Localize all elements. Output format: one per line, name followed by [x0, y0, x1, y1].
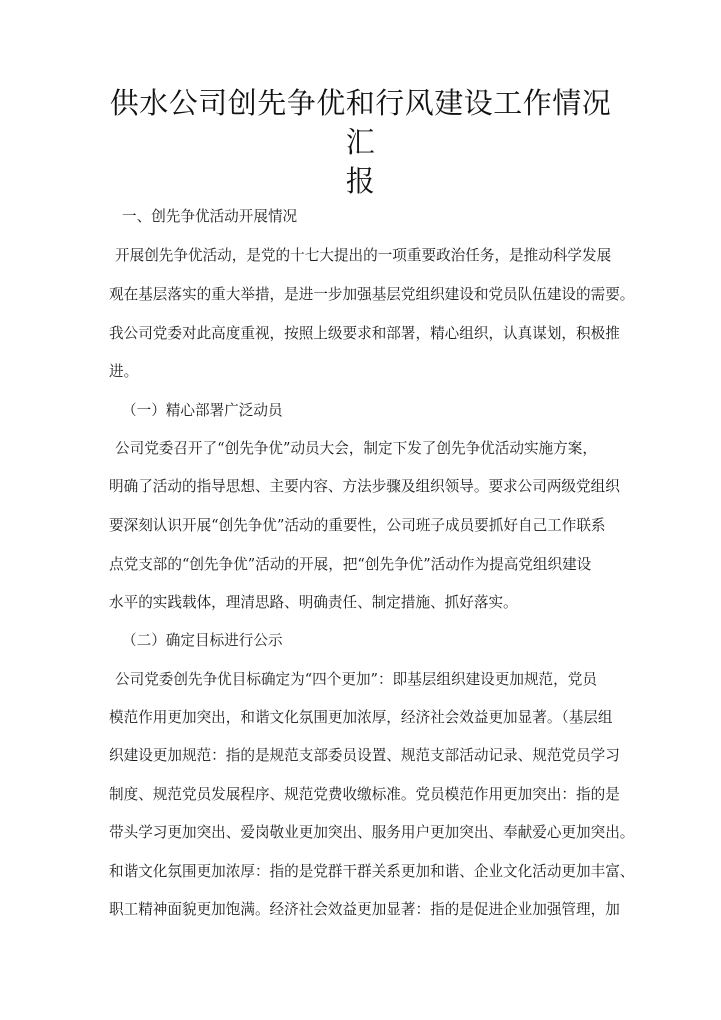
paragraph-line: 进。	[109, 362, 138, 382]
paragraph-line: 带头学习更加突出、爱岗敬业更加突出、服务用户更加突出、奉献爱心更加突出。	[109, 823, 634, 843]
subsection-heading-1: （一）精心部署广泛动员	[122, 401, 283, 421]
paragraph-line: 织建设更加规范：指的是规范支部委员设置、规范支部活动记录、规范党员学习	[109, 746, 620, 766]
paragraph-line: 点党支部的“创先争优”活动的开展，把“创先争优”活动作为提高党组织建设	[109, 555, 591, 575]
paragraph-line: 开展创先争优活动，是党的十七大提出的一项重要政治任务，是推动科学发展	[115, 246, 611, 266]
document-page: 供水公司创先争优和行风建设工作情况汇 报 一、创先争优活动开展情况 开展创先争优…	[0, 0, 721, 1020]
section-heading-1: 一、创先争优活动开展情况	[122, 207, 297, 227]
title-line-1: 供水公司创先争优和行风建设工作情况汇	[100, 84, 621, 162]
paragraph-line: 公司党委创先争优目标确定为“四个更加”：即基层组织建设更加规范，党员	[115, 670, 597, 690]
paragraph-line: 明确了活动的指导思想、主要内容、方法步骤及组织领导。要求公司两级党组织	[109, 477, 620, 497]
paragraph-line: 制度、规范党员发展程序、规范党费收缴标准。党员模范作用更加突出：指的是	[109, 785, 620, 805]
subsection-heading-2: （二）确定目标进行公示	[122, 631, 283, 651]
title-line-2: 报	[100, 162, 621, 201]
paragraph-line: 和谐文化氛围更加浓厚：指的是党群干群关系更加和谐、企业文化活动更加丰富、	[109, 862, 634, 882]
paragraph-line: 模范作用更加突出，和谐文化氛围更加浓厚，经济社会效益更加显著。（基层组	[109, 708, 613, 728]
paragraph-line: 水平的实践载体，理清思路、明确责任、制定措施、抓好落实。	[109, 593, 518, 613]
document-title: 供水公司创先争优和行风建设工作情况汇 报	[100, 84, 621, 201]
paragraph-line: 职工精神面貌更加饱满。经济社会效益更加显著：指的是促进企业加强管理，加	[109, 900, 620, 920]
paragraph-line: 观在基层落实的重大举措，是进一步加强基层党组织建设和党员队伍建设的需要。	[109, 285, 634, 305]
paragraph-line: 要深刻认识开展“创先争优”活动的重要性，公司班子成员要抓好自己工作联系	[109, 516, 606, 536]
paragraph-line: 公司党委召开了“创先争优”动员大会，制定下发了创先争优活动实施方案，	[115, 439, 597, 459]
paragraph-line: 我公司党委对此高度重视，按照上级要求和部署，精心组织，认真谋划，积极推	[109, 324, 620, 344]
